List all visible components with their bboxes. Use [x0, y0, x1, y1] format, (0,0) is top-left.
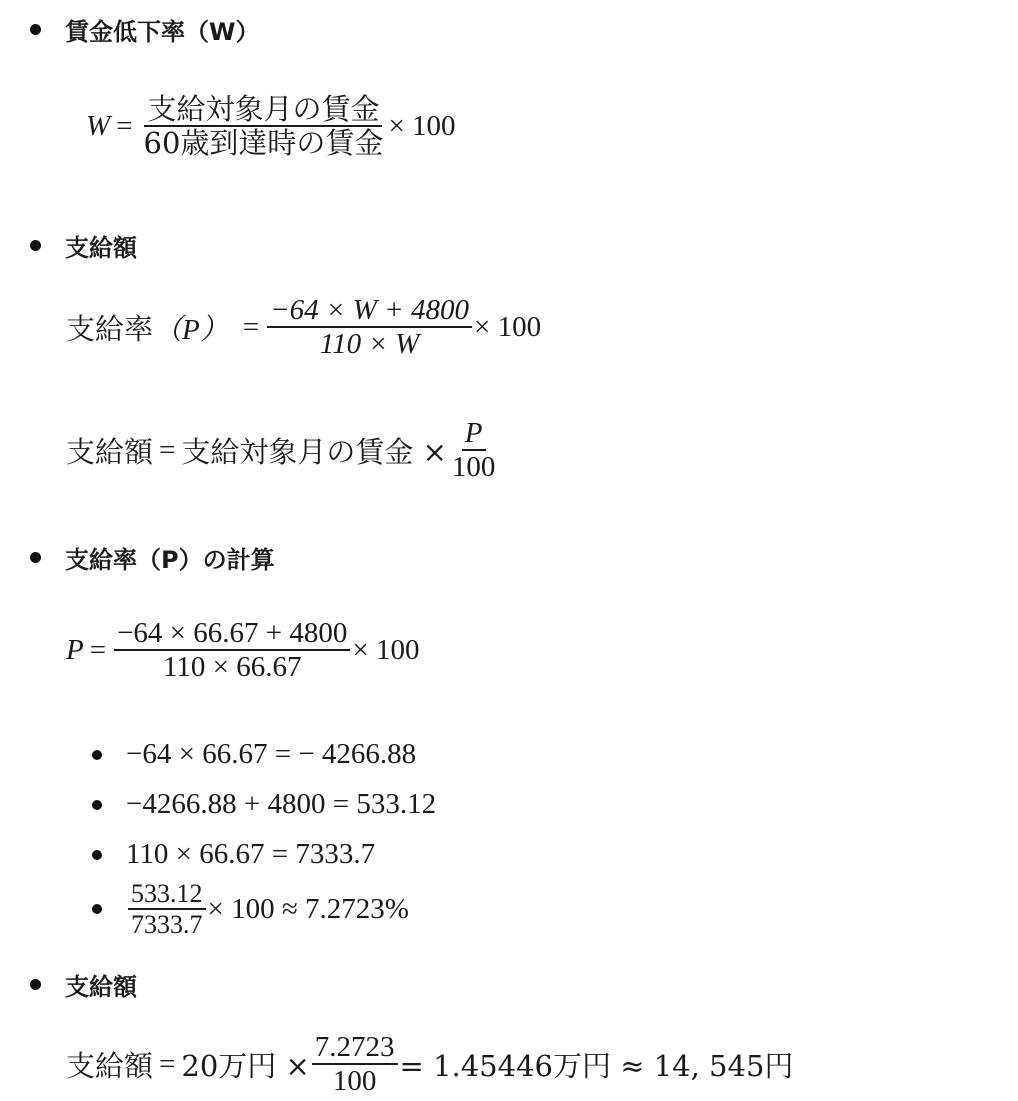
term-base-wage: 20万円 ×	[181, 1044, 309, 1085]
equals-sign: =	[90, 634, 106, 667]
bullet-icon	[30, 979, 41, 990]
formula-rate-calculation: P = −64 × 66.67 + 4800 110 × 66.67 × 100	[66, 618, 420, 683]
denominator: 100	[449, 451, 499, 482]
numerator: −64 × W + 4800	[267, 295, 472, 328]
formula-payment-amount: 支給額 = 支給対象月の賃金 × P 100	[66, 418, 500, 483]
denominator: 110 × W	[317, 328, 423, 359]
step-text: −64 × 66.67 = − 4266.88	[126, 738, 416, 771]
bullet-icon	[30, 552, 41, 563]
denominator: 7333.7	[128, 910, 206, 938]
step-result: × 100 ≈ 7.2723%	[208, 893, 409, 926]
fraction: P 100	[449, 418, 499, 483]
bullet-icon	[92, 904, 102, 914]
calc-step-2: −4266.88 + 4800 = 533.12	[92, 788, 436, 821]
step-text: 110 × 66.67 = 7333.7	[126, 838, 375, 871]
calc-step-3: 110 × 66.67 = 7333.7	[92, 838, 375, 871]
fraction: 7.2723 100	[312, 1032, 398, 1097]
calc-step-1: −64 × 66.67 = − 4266.88	[92, 738, 416, 771]
denominator: 110 × 66.67	[160, 651, 305, 682]
fraction: 支給対象月の賃金 60歳到達時の賃金	[141, 94, 387, 159]
var-p: P	[66, 634, 84, 667]
calc-step-4: 533.12 7333.7 × 100 ≈ 7.2723%	[92, 880, 409, 939]
equals-sign: =	[159, 1048, 175, 1081]
formula-payment-rate: 支給率 （P） = −64 × W + 4800 110 × W × 100	[66, 295, 541, 360]
numerator: 支給対象月の賃金	[144, 94, 382, 127]
section-heading-payment-amount: 支給額	[30, 228, 137, 263]
heading-text: 賃金低下率（W）	[65, 12, 259, 47]
denominator: 60歳到達時の賃金	[141, 127, 387, 158]
numerator: 7.2723	[312, 1032, 398, 1065]
fraction: 533.12 7333.7	[128, 880, 206, 939]
equals-sign: =	[116, 110, 132, 143]
var-w: W	[86, 110, 110, 143]
heading-text: 支給率（P）の計算	[65, 540, 275, 575]
label-payment-rate: 支給率	[66, 307, 153, 348]
label-payment-amount: 支給額	[66, 1044, 153, 1085]
label-payment-amount: 支給額	[66, 430, 153, 471]
section-heading-wage-decline-rate: 賃金低下率（W）	[30, 12, 259, 47]
heading-text: 支給額	[65, 228, 137, 263]
result-amount: = 1.45446万円 ≈ 14, 545円	[400, 1044, 794, 1085]
numerator: P	[462, 418, 486, 451]
bullet-icon	[30, 24, 41, 35]
formula-payment-amount-result: 支給額 = 20万円 × 7.2723 100 = 1.45446万円 ≈ 14…	[66, 1032, 793, 1097]
section-heading-payment-amount-result: 支給額	[30, 967, 137, 1002]
fraction: −64 × W + 4800 110 × W	[267, 295, 472, 360]
term-target-wage: 支給対象月の賃金 ×	[181, 430, 447, 471]
bullet-icon	[92, 750, 102, 760]
heading-text: 支給額	[65, 967, 137, 1002]
equals-sign: =	[243, 311, 259, 344]
fraction: −64 × 66.67 + 4800 110 × 66.67	[114, 618, 350, 683]
bullet-icon	[92, 850, 102, 860]
bullet-icon	[30, 240, 41, 251]
multiply-100: × 100	[388, 110, 455, 143]
multiply-100: × 100	[352, 634, 419, 667]
var-p: （P）	[153, 307, 229, 348]
formula-wage-decline-rate: W = 支給対象月の賃金 60歳到達時の賃金 × 100	[86, 94, 456, 159]
step-text: −4266.88 + 4800 = 533.12	[126, 788, 436, 821]
multiply-100: × 100	[474, 311, 541, 344]
bullet-icon	[92, 800, 102, 810]
numerator: 533.12	[128, 880, 206, 910]
numerator: −64 × 66.67 + 4800	[114, 618, 350, 651]
equals-sign: =	[159, 434, 175, 467]
section-heading-rate-calculation: 支給率（P）の計算	[30, 540, 275, 575]
denominator: 100	[330, 1065, 380, 1096]
